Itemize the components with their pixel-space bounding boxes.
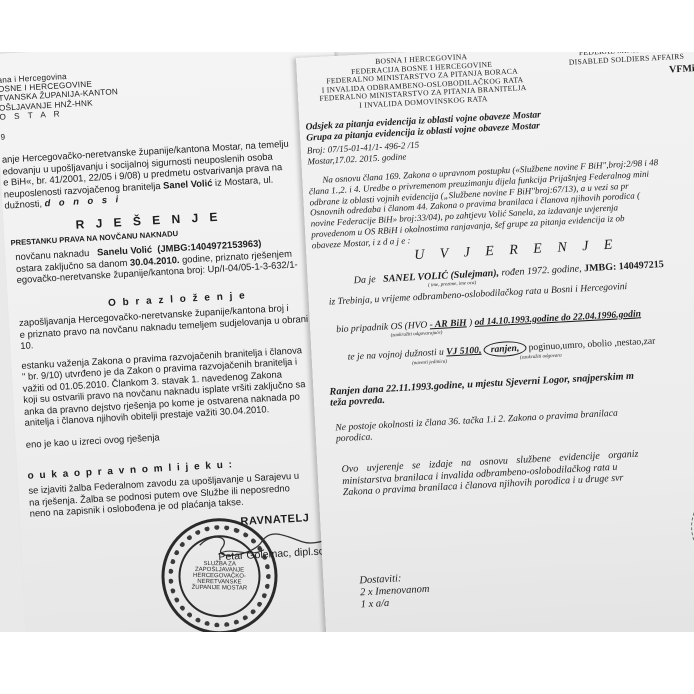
explanation-body: zapošljavanja Hercegovačko-neretvanske ž… bbox=[19, 299, 356, 450]
circumstances: Ne postoje okolnosti iz člana 36. tačka … bbox=[335, 400, 694, 444]
intro-line: dužnosti, bbox=[4, 198, 42, 211]
membership-unit: - AR BiH bbox=[429, 317, 466, 330]
uvjerenje-document: BOSNA I HERCEGOVINA FEDERACIJA BOSNE I H… bbox=[296, 52, 694, 632]
ministry-logo: VFMi bbox=[669, 62, 694, 75]
left-letterhead: ana i Hercegovina OSNE I HERCEGOVINE TVA… bbox=[0, 57, 329, 121]
purpose: Ovo uvjerenje se izdaje na osnovu službe… bbox=[341, 442, 694, 498]
delivery-list: Dostaviti: 2 x Imenovanom 1 x a/a bbox=[359, 553, 694, 611]
right-letterhead: BOSNA I HERCEGOVINA FEDERACIJA BOSNE I H… bbox=[306, 52, 538, 113]
duty-unit: VJ 5100, bbox=[446, 345, 482, 358]
intro-person-name: Sanel Volić bbox=[163, 177, 213, 191]
wound-description: Ranjen dana 22.11.1993.godine, u mjestu … bbox=[329, 365, 694, 409]
left-intro: anje Hercegovačko-neretvanske županije/k… bbox=[2, 135, 335, 211]
document-photo: ana i Hercegovina OSNE I HERCEGOVINE TVA… bbox=[0, 52, 694, 632]
legal-basis: Na osnovu člana 169. Zakona o upravnom p… bbox=[308, 152, 694, 251]
person-prefix: Da je bbox=[353, 274, 375, 286]
